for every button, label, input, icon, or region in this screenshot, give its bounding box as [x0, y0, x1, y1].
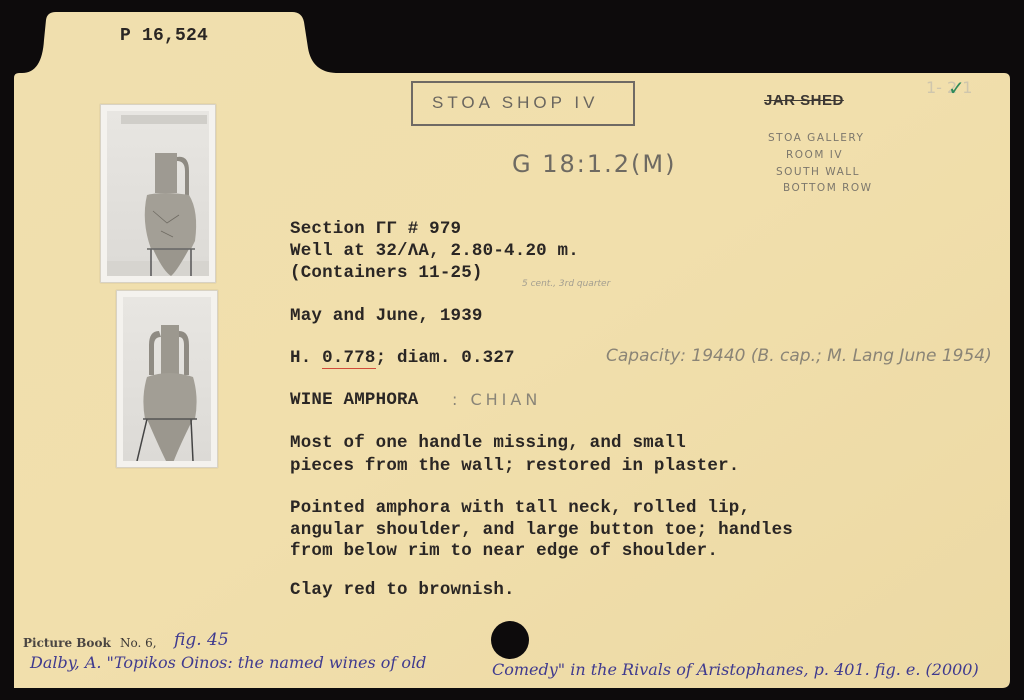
bibliography-part-1: Dalby, A. "Topikos Oinos: the named wine…	[30, 653, 426, 672]
jar-shed-struck: JAR SHED	[764, 92, 844, 109]
containers-note: 5 cent., 3rd quarter	[522, 279, 610, 289]
location-note-4: BOTTOM ROW	[783, 182, 873, 194]
catalog-number: P 16,524	[120, 26, 208, 47]
amphora-photo-2	[116, 290, 218, 468]
well-line: Well at 32/ΛΑ, 2.80-4.20 m.	[290, 241, 579, 262]
height-label: H.	[290, 348, 311, 368]
location-note-1: STOA GALLERY	[768, 132, 864, 144]
section-line: Section ΓΓ # 979	[290, 219, 461, 240]
checkmark-icon: ✓	[948, 76, 965, 100]
height-value: 0.778	[322, 348, 376, 369]
condition-line-1: Most of one handle missing, and small	[290, 433, 686, 454]
amphora-image-1	[107, 111, 209, 276]
condition-line-2: pieces from the wall; restored in plaste…	[290, 456, 739, 477]
clay-line: Clay red to brownish.	[290, 580, 515, 601]
description-line-3: from below rim to near edge of shoulder.	[290, 541, 718, 562]
capacity-note: Capacity: 19440 (B. cap.; M. Lang June 1…	[606, 346, 992, 366]
stamp-text: STOA SHOP IV	[432, 93, 598, 113]
description-line-1: Pointed amphora with tall neck, rolled l…	[290, 498, 750, 519]
object-type: WINE AMPHORA	[290, 390, 418, 411]
location-note-2: ROOM IV	[786, 149, 843, 161]
location-note-3: SOUTH WALL	[776, 166, 860, 178]
diameter-text: ; diam. 0.327	[376, 348, 515, 368]
punch-hole	[491, 621, 529, 659]
dimensions-line: H. 0.778; diam. 0.327	[290, 348, 515, 369]
picture-book-ref: No. 6,	[120, 636, 157, 650]
deposit-code: G 18:1.2(M)	[512, 150, 676, 178]
amphora-photo-1	[100, 104, 216, 283]
picture-book-label: Picture Book	[23, 636, 111, 650]
object-subtype: : CHIAN	[452, 390, 541, 409]
bibliography-part-2: Comedy" in the Rivals of Aristophanes, p…	[492, 660, 979, 679]
date-line: May and June, 1939	[290, 306, 483, 327]
containers-line: (Containers 11-25)	[290, 263, 483, 284]
picture-book-fig: fig. 45	[174, 630, 229, 650]
stoa-shop-stamp: STOA SHOP IV	[411, 81, 635, 126]
amphora-image-2	[123, 297, 211, 461]
description-line-2: angular shoulder, and large button toe; …	[290, 520, 793, 541]
